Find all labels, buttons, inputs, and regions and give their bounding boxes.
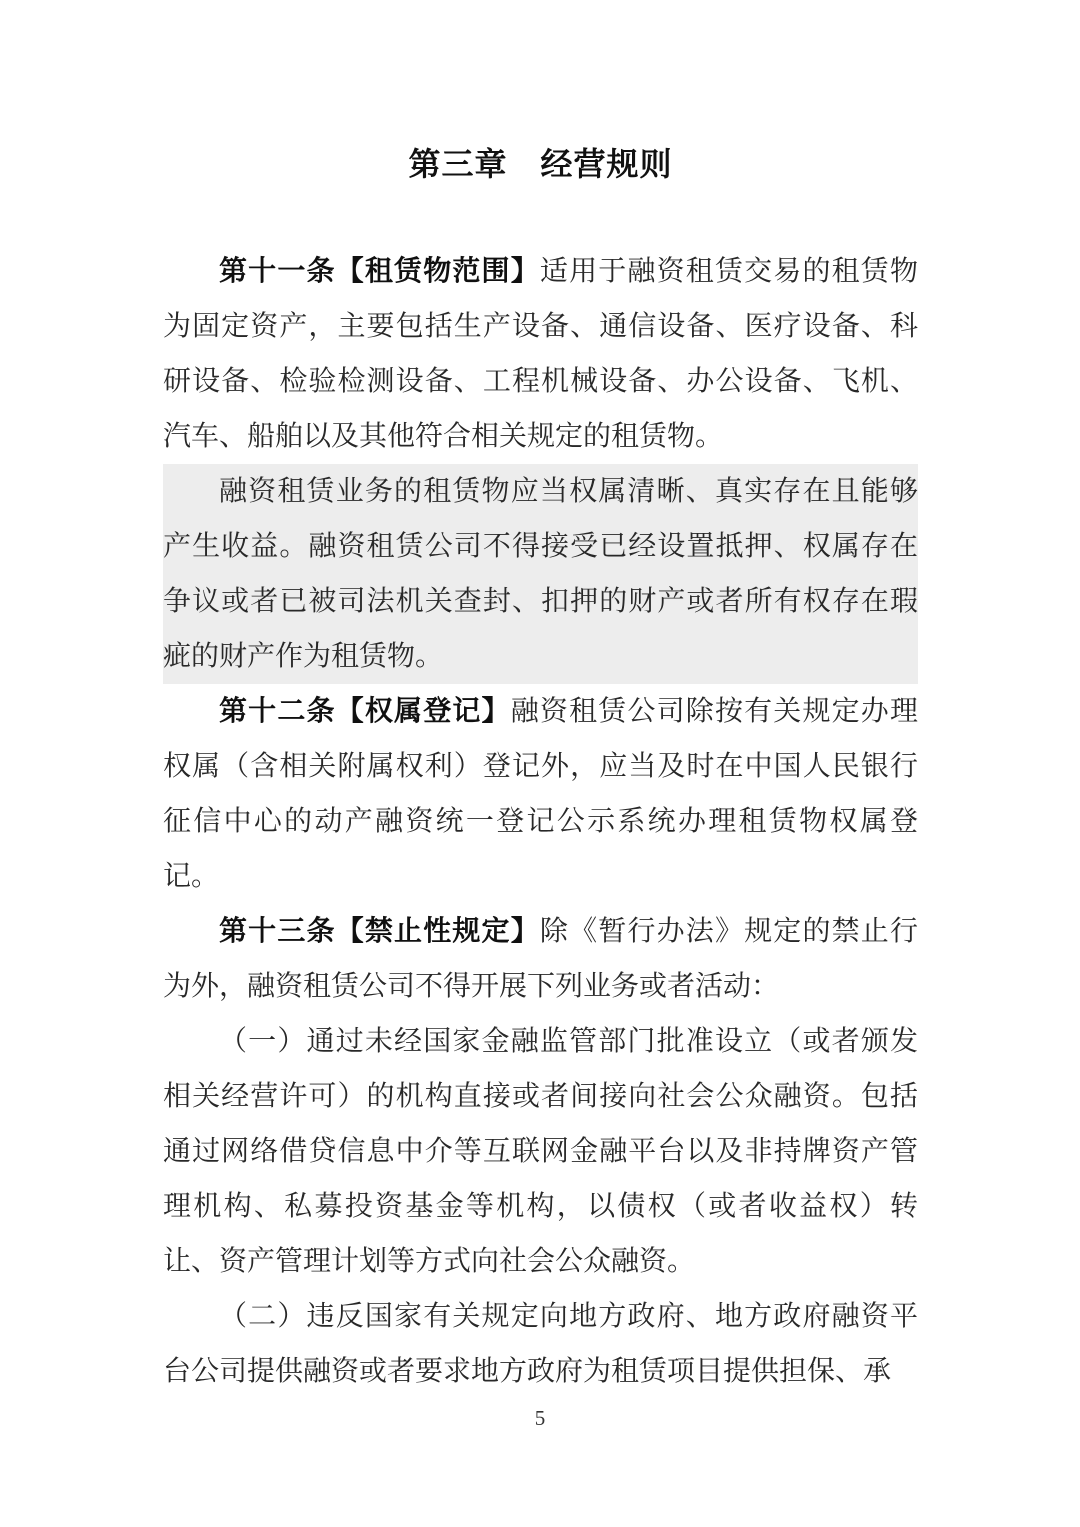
article-13-heading: 第十三条【禁止性规定】 <box>219 916 540 947</box>
paragraph-item-2: （二）违反国家有关规定向地方政府、地方政府融资平台公司提供融资或者要求地方政府为… <box>163 1289 918 1399</box>
item-2-text: （二）违反国家有关规定向地方政府、地方政府融资平台公司提供融资或者要求地方政府为… <box>163 1301 918 1387</box>
item-1-text: （一）通过未经国家金融监管部门批准设立（或者颁发相关经营许可）的机构直接或者间接… <box>163 1026 918 1277</box>
chapter-title: 第三章 经营规则 <box>163 142 918 186</box>
paragraph-item-1: （一）通过未经国家金融监管部门批准设立（或者颁发相关经营许可）的机构直接或者间接… <box>163 1014 918 1289</box>
highlighted-paragraph: 融资租赁业务的租赁物应当权属清晰、真实存在且能够产生收益。融资租赁公司不得接受已… <box>163 464 918 684</box>
highlighted-paragraph-text: 融资租赁业务的租赁物应当权属清晰、真实存在且能够产生收益。融资租赁公司不得接受已… <box>163 476 918 672</box>
paragraph-article-11: 第十一条【租赁物范围】适用于融资租赁交易的租赁物为固定资产，主要包括生产设备、通… <box>163 244 918 464</box>
page-number: 5 <box>0 1406 1080 1431</box>
paragraph-article-12: 第十二条【权属登记】融资租赁公司除按有关规定办理权属（含相关附属权利）登记外，应… <box>163 684 918 904</box>
document-page: 第三章 经营规则 第十一条【租赁物范围】适用于融资租赁交易的租赁物为固定资产，主… <box>0 0 1080 1399</box>
article-12-heading: 第十二条【权属登记】 <box>219 696 511 727</box>
article-11-heading: 第十一条【租赁物范围】 <box>219 256 540 287</box>
paragraph-article-13: 第十三条【禁止性规定】除《暂行办法》规定的禁止行为外，融资租赁公司不得开展下列业… <box>163 904 918 1014</box>
